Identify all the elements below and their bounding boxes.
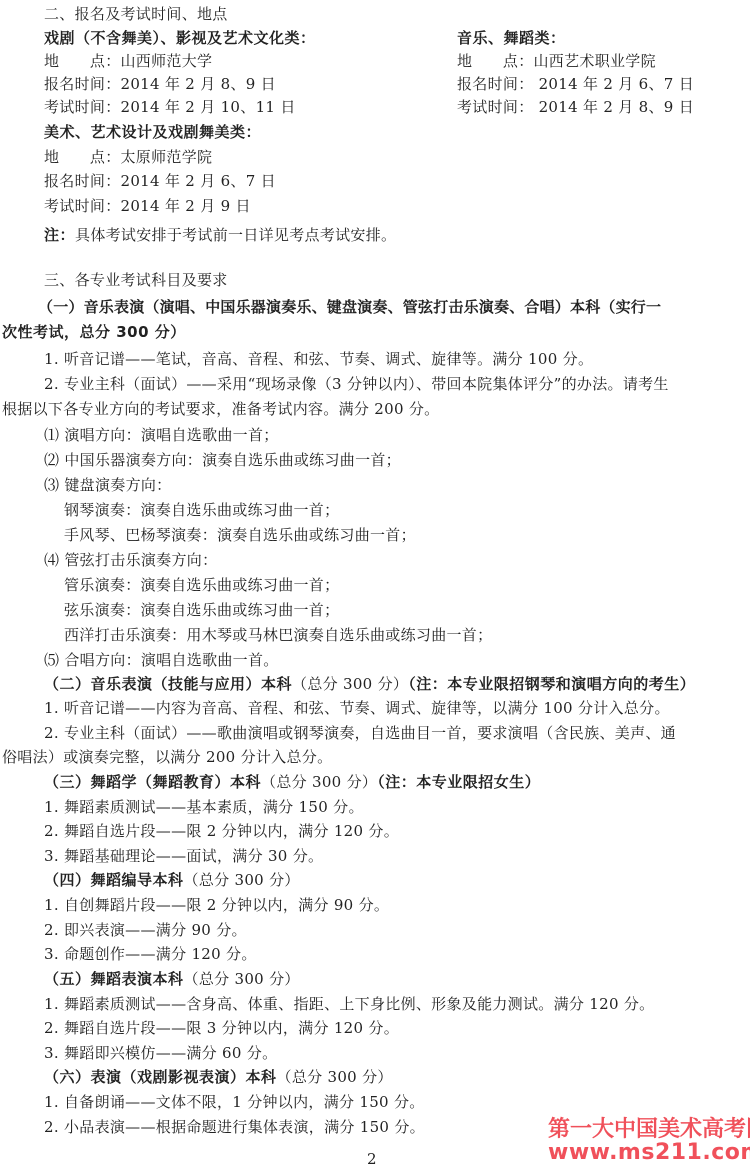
s4-item-1: 1. 自创舞蹈片段——限 2 分钟以内，满分 90 分。 (44, 895, 389, 915)
s3-item-1: 1. 舞蹈素质测试——基本素质，满分 150 分。 (44, 797, 364, 817)
s2-heading: （二）音乐表演（技能与应用）本科（总分 300 分）（注：本专业限招钢琴和演唱方… (44, 674, 695, 694)
s1-item-1: 1. 听音记谱——笔试，音高、音程、和弦、节奏、调式、旋律等。满分 100 分。 (44, 349, 593, 369)
s4-heading: （四）舞蹈编导本科（总分 300 分） (44, 870, 300, 890)
s2-total-score: （总分 300 分） (292, 675, 408, 693)
s1-heading-line1: （一）音乐表演（演唱、中国乐器演奏乐、键盘演奏、管弦打击乐演奏、合唱）本科（实行… (38, 297, 661, 317)
s2-item-1: 1. 听音记谱——内容为音高、音程、和弦、节奏、调式、旋律等，以满分 100 分… (44, 698, 670, 718)
note-label: 注： (44, 226, 75, 244)
s4-item-3: 3. 命题创作——满分 120 分。 (44, 944, 257, 964)
music-dance-category-heading: 音乐、舞蹈类： (457, 28, 566, 48)
s5-total-score: （总分 300 分） (184, 970, 300, 988)
music-dance-exam-time: 考试时间： 2014 年 2 月 8、9 日 (457, 97, 694, 117)
s3-restriction-note: （注：本专业限招女生） (377, 773, 540, 791)
s2-item-2-line1: 2. 专业主科（面试）——歌曲演唱或钢琴演奏，自选曲目一首，要求演唱（含民族、美… (44, 723, 676, 743)
s6-item-1: 1. 自备朗诵——文体不限，1 分钟以内，满分 150 分。 (44, 1092, 425, 1112)
s5-item-1: 1. 舞蹈素质测试——含身高、体重、指距、上下身比例、形象及能力测试。满分 12… (44, 994, 654, 1014)
s5-item-2: 2. 舞蹈自选片段——限 3 分钟以内，满分 120 分。 (44, 1018, 399, 1038)
music-dance-registration-time: 报名时间： 2014 年 2 月 6、7 日 (457, 74, 694, 94)
s3-item-2: 2. 舞蹈自选片段——限 2 分钟以内，满分 120 分。 (44, 821, 399, 841)
s2-item-2-line2: 俗唱法）或演奏完整，以满分 200 分计入总分。 (2, 747, 332, 767)
s5-heading-title: （五）舞蹈表演本科 (44, 970, 184, 988)
s1-direction-3b: 手风琴、巴杨琴演奏：演奏自选乐曲或练习曲一首； (64, 525, 416, 545)
s1-direction-3a: 钢琴演奏：演奏自选乐曲或练习曲一首； (64, 500, 339, 520)
s1-direction-1: ⑴ 演唱方向：演唱自选歌曲一首； (44, 425, 279, 445)
section-3-title: 三、各专业考试科目及要求 (44, 270, 228, 290)
art-exam-time: 考试时间：2014 年 2 月 9 日 (44, 196, 251, 216)
s3-heading: （三）舞蹈学（舞蹈教育）本科（总分 300 分）（注：本专业限招女生） (44, 772, 540, 792)
s3-item-3: 3. 舞蹈基础理论——面试，满分 30 分。 (44, 846, 323, 866)
s4-heading-title: （四）舞蹈编导本科 (44, 871, 184, 889)
s1-direction-3: ⑶ 键盘演奏方向： (44, 475, 171, 495)
s1-direction-2: ⑵ 中国乐器演奏方向：演奏自选乐曲或练习曲一首； (44, 450, 401, 470)
art-category-heading: 美术、艺术设计及戏剧舞美类： (44, 122, 261, 142)
page-number: 2 (367, 1150, 377, 1168)
s2-restriction-note: （注：本专业限招钢琴和演唱方向的考生） (408, 675, 695, 693)
s6-total-score: （总分 300 分） (277, 1068, 393, 1086)
music-dance-location: 地 点：山西艺术职业学院 (457, 51, 656, 71)
s1-direction-4a: 管乐演奏：演奏自选乐曲或练习曲一首； (64, 575, 339, 595)
note: 注：具体考试安排于考试前一日详见考点考试安排。 (44, 225, 396, 245)
watermark-site-url: www.ms211.com (548, 1140, 750, 1165)
s1-direction-4c: 西洋打击乐演奏：用木琴或马林巴演奏自选乐曲或练习曲一首； (64, 625, 492, 645)
s3-heading-title: （三）舞蹈学（舞蹈教育）本科 (44, 773, 261, 791)
note-text: 具体考试安排于考试前一日详见考点考试安排。 (75, 226, 396, 244)
s5-heading: （五）舞蹈表演本科（总分 300 分） (44, 969, 300, 989)
s5-item-3: 3. 舞蹈即兴模仿——满分 60 分。 (44, 1043, 277, 1063)
watermark-site-name: 第一大中国美术高考网 (548, 1112, 750, 1143)
section-2-title: 二、报名及考试时间、地点 (44, 4, 228, 24)
drama-registration-time: 报名时间：2014 年 2 月 8、9 日 (44, 74, 276, 94)
drama-location: 地 点：山西师范大学 (44, 51, 212, 71)
s3-total-score: （总分 300 分） (261, 773, 377, 791)
s4-item-2: 2. 即兴表演——满分 90 分。 (44, 920, 247, 940)
drama-category-heading: 戏剧（不含舞美）、影视及艺术文化类： (44, 28, 316, 48)
drama-exam-time: 考试时间：2014 年 2 月 10、11 日 (44, 97, 296, 117)
art-location: 地 点：太原师范学院 (44, 147, 212, 167)
s1-heading-line2: 次性考试，总分 300 分） (2, 322, 186, 342)
s4-total-score: （总分 300 分） (184, 871, 300, 889)
s6-heading: （六）表演（戏剧影视表演）本科（总分 300 分） (44, 1067, 393, 1087)
s1-direction-5: ⑸ 合唱方向：演唱自选歌曲一首。 (44, 650, 279, 670)
s6-item-2: 2. 小品表演——根据命题进行集体表演，满分 150 分。 (44, 1117, 425, 1137)
s2-heading-title: （二）音乐表演（技能与应用）本科 (44, 675, 292, 693)
s1-direction-4: ⑷ 管弦打击乐演奏方向： (44, 550, 217, 570)
s1-direction-4b: 弦乐演奏：演奏自选乐曲或练习曲一首； (64, 600, 339, 620)
art-registration-time: 报名时间：2014 年 2 月 6、7 日 (44, 171, 276, 191)
s6-heading-title: （六）表演（戏剧影视表演）本科 (44, 1068, 277, 1086)
s1-item-2-line1: 2. 专业主科（面试）——采用“现场录像（3 分钟以内）、带回本院集体评分”的办… (44, 374, 669, 394)
s1-item-2-line2: 根据以下各专业方向的考试要求，准备考试内容。满分 200 分。 (2, 399, 439, 419)
